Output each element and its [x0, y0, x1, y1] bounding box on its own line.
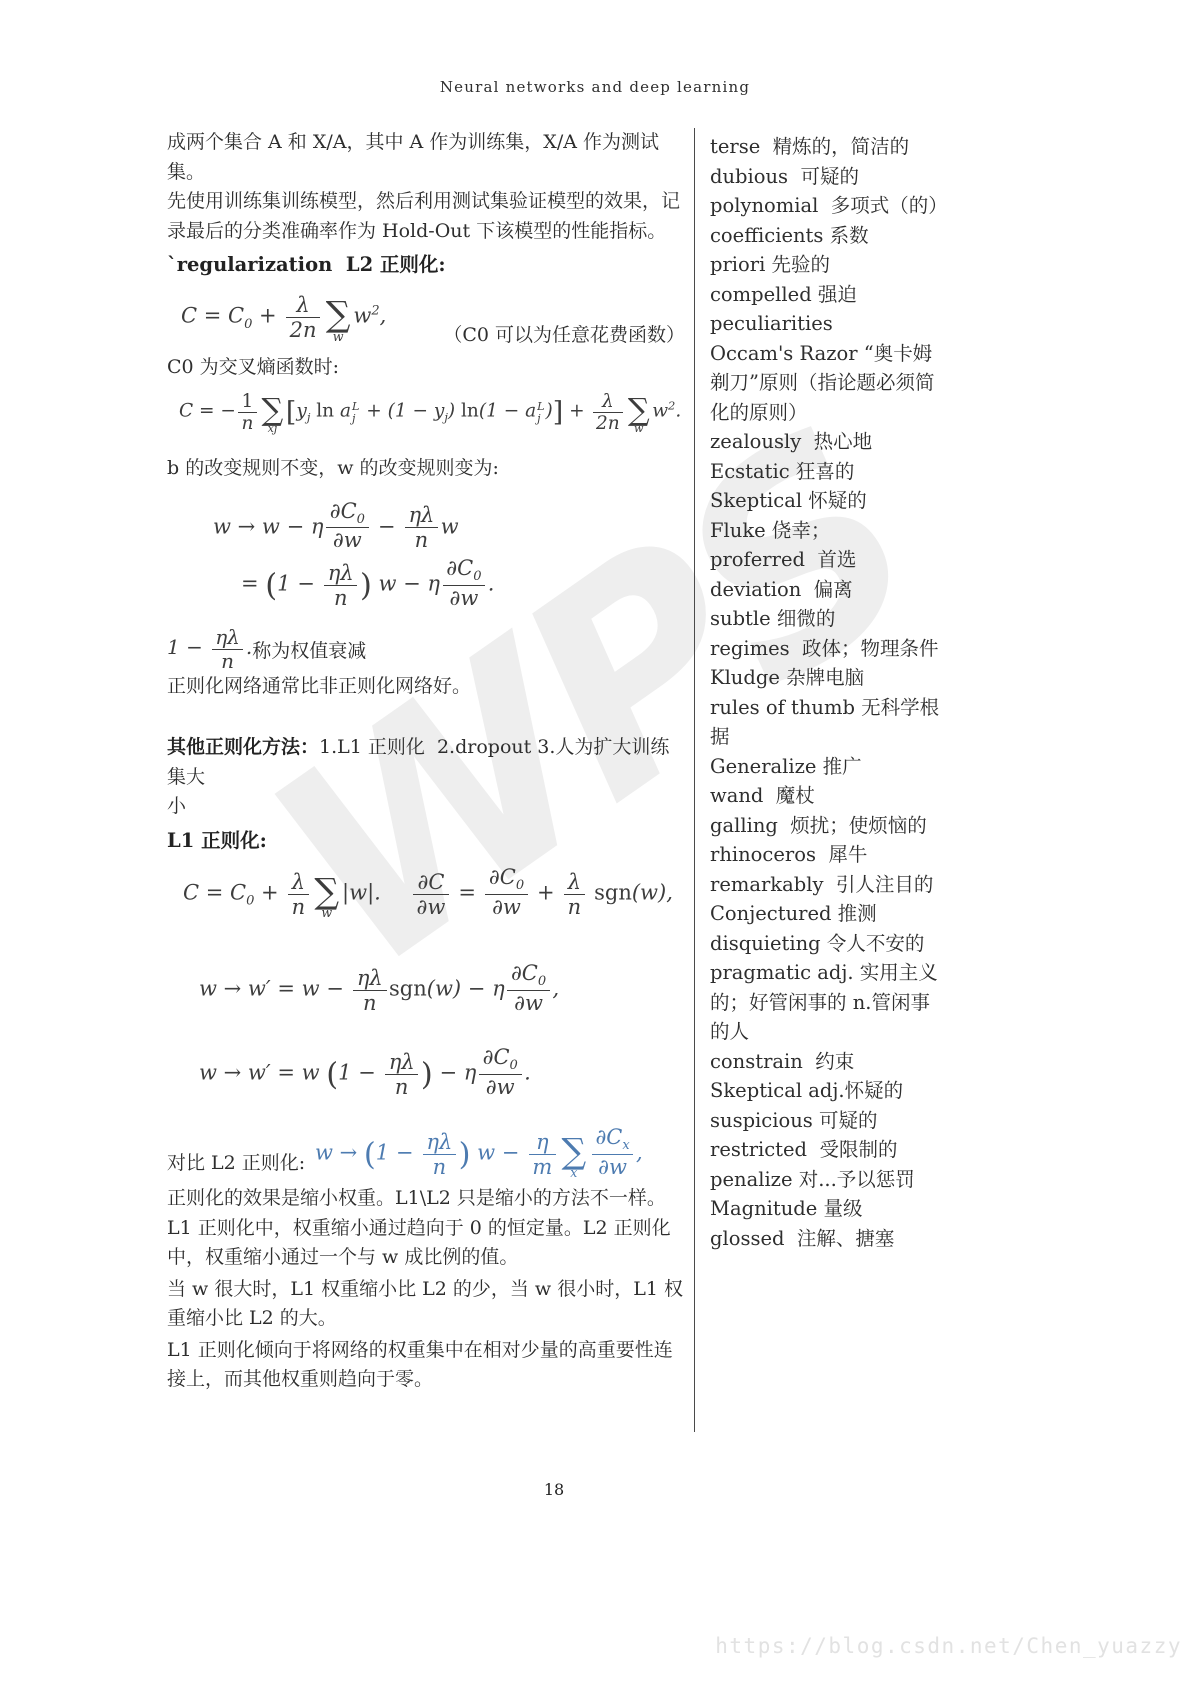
math-token: m — [532, 1155, 552, 1179]
vocab-item: regimes 政体；物理条件 — [710, 634, 948, 664]
math-token: ∂w — [507, 991, 550, 1014]
math-token: λ2n — [593, 392, 623, 434]
math-token: (w), — [632, 880, 673, 904]
math-token: Lj — [537, 401, 544, 424]
math-token: n — [395, 1075, 409, 1099]
page-number: 18 — [0, 1480, 1108, 1499]
math-token: 2n — [593, 413, 623, 433]
vocab-item: Kludge 杂牌电脑 — [710, 663, 948, 693]
paragraph-line: L1 正则化倾向于将网络的权重集中在相对少量的高重要性连 — [167, 1336, 687, 1366]
vocab-item: Ecstatic 狂喜的 — [710, 457, 948, 487]
label-update-rule: b 的改变规则不变，w 的改变规则变为: — [167, 454, 687, 484]
paragraph-line: 当 w 很大时，L1 权重缩小比 L2 的少，当 w 很小时，L1 权 — [167, 1275, 687, 1305]
math-token: ln — [461, 401, 479, 422]
paragraph-line: 正则化的效果是缩小权重。L1\L2 只是缩小的方法不一样。 — [167, 1184, 687, 1214]
math-token: j — [352, 413, 359, 425]
math-token: ηλ — [328, 561, 354, 585]
math-token: (w) − η — [427, 977, 505, 1001]
math-token: ∂C0∂w — [507, 962, 550, 1014]
main-column: 成两个集合 A 和 X/A，其中 A 作为训练集，X/A 作为测试集。 先使用训… — [167, 128, 687, 1395]
math-token: ∂Cx — [592, 1126, 634, 1155]
math-token: . — [675, 401, 681, 422]
math-token: λ — [568, 870, 581, 894]
math-token: ηλ — [215, 625, 240, 649]
paragraph-line: 先使用训练集训练模型，然后利用测试集验证模型的效果，记 — [167, 187, 687, 217]
math-token: . — [524, 1061, 531, 1085]
math-token: n — [324, 586, 357, 609]
math-token: n — [415, 528, 429, 552]
math-token: n — [564, 895, 585, 918]
vocab-item: subtle 细微的 — [710, 604, 948, 634]
math-token: ∂w — [443, 586, 486, 609]
math-token: ηλn — [405, 504, 438, 551]
math-token: j — [537, 413, 544, 425]
math-token: C = C — [181, 304, 244, 328]
math-token: η — [536, 1130, 549, 1154]
math-token: ηλ — [408, 503, 434, 527]
vocab-item: priori 先验的 — [710, 250, 948, 280]
regularized-better-line: 正则化网络通常比非正则化网络好。 — [167, 672, 687, 702]
math-token: , — [636, 1140, 643, 1164]
weight-decay-label: 称为权值衰减 — [252, 636, 366, 663]
math-token: ∂w — [449, 586, 478, 610]
formula-w-update-2: = (1 − ηλn) w − η∂C0∂w. — [241, 557, 687, 609]
math-token: C = C — [183, 880, 246, 904]
math-sup: 2 — [371, 304, 379, 319]
math-token: ∂C — [483, 1045, 510, 1069]
math-token: ( — [364, 1137, 376, 1172]
paragraph-line: 重缩小比 L2 的大。 — [167, 1304, 687, 1334]
vocab-item: remarkably 引人注目的 — [710, 870, 948, 900]
math-token: w − — [470, 1140, 526, 1164]
math-token: 1 — [242, 391, 254, 412]
vocab-item: suspicious 可疑的 — [710, 1106, 948, 1136]
math-token: 2n — [286, 318, 320, 341]
math-token: ηλ — [426, 1130, 452, 1154]
section-heading-l1: L1 正则化: — [167, 826, 687, 856]
math-token: a — [340, 401, 351, 422]
math-token: ) — [360, 569, 372, 604]
math-token: λn — [288, 871, 309, 918]
math-token: ηλ — [385, 1051, 418, 1075]
math-token: w → w − η — [213, 514, 323, 538]
paragraph-line: 接上，而其他权重则趋向于零。 — [167, 1365, 687, 1395]
math-token: ηλn — [212, 627, 244, 672]
math-token: − — [371, 514, 402, 538]
math-token: 2n — [290, 318, 317, 342]
formula-l2-compare: w → (1 − ηλn) w − ηm∑x∂Cx∂w, — [315, 1126, 643, 1178]
math-token: ∂C — [595, 1125, 622, 1149]
math-token: + — [563, 401, 590, 422]
math-token: ηλ — [212, 627, 244, 650]
vocab-item: polynomial 多项式（的） — [710, 191, 948, 221]
math-token: n — [433, 1155, 447, 1179]
other-methods-heading: 其他正则化方法： — [167, 736, 319, 758]
math-token: ∂C0 — [507, 962, 550, 991]
math-token: w → w′ = w — [199, 1061, 326, 1085]
math-token: ∂C0 — [326, 500, 369, 529]
math-token: , — [552, 977, 559, 1001]
vocab-item: Occam's Razor “奥卡姆剃刀”原则（指论题必须简化的原则） — [710, 339, 948, 428]
math-token: ηλn — [324, 562, 357, 609]
math-token: ηλ — [389, 1050, 415, 1074]
vocab-item: peculiarities — [710, 309, 948, 339]
math-token: ( — [265, 569, 277, 604]
vocab-item: Conjectured 推测 — [710, 899, 948, 929]
label-cross-entropy: C0 为交叉熵函数时: — [167, 353, 687, 383]
math-token: n — [288, 895, 309, 918]
math-token: , — [380, 304, 387, 328]
math-token: ∑ — [561, 1139, 586, 1167]
math-token: ∑w — [628, 399, 650, 434]
vocab-item: disquieting 令人不安的 — [710, 929, 948, 959]
math-token: ∑w — [326, 302, 351, 342]
math-token: ηλn — [423, 1131, 456, 1178]
math-token: ∂w — [592, 1155, 634, 1178]
math-sub: 0 — [357, 512, 365, 527]
math-token: C = − — [179, 401, 236, 422]
math-token: . — [246, 635, 252, 659]
math-token: 2n — [596, 413, 620, 434]
column-divider — [694, 128, 695, 1432]
math-token: λ — [292, 870, 305, 894]
math-token: ∂w — [492, 895, 521, 919]
math-token: ηλ — [405, 504, 438, 528]
vocab-column: terse 精炼的，简洁的dubious 可疑的polynomial 多项式（的… — [710, 132, 948, 1253]
math-sub: 0 — [516, 878, 524, 893]
math-token: λ — [296, 293, 309, 317]
math-token: ∂C0∂w — [485, 866, 528, 918]
page-header-title: Neural networks and deep learning — [0, 78, 1190, 96]
math-token: n — [405, 528, 438, 551]
other-methods-wrap: 小 — [167, 792, 687, 822]
math-sub: 0 — [510, 1058, 518, 1073]
vocab-item: rules of thumb 无科学根据 — [710, 693, 948, 752]
math-token: w → — [315, 1140, 364, 1164]
math-token: λ — [286, 294, 320, 318]
section-heading-l2: `regularization L2 正则化: — [167, 250, 687, 280]
math-token: λn — [564, 871, 585, 918]
math-token: ∑xj — [262, 399, 284, 434]
math-token: y — [296, 401, 306, 422]
math-token: |w|. — [342, 880, 381, 904]
math-token: ηλn — [353, 967, 386, 1014]
math-token: ∂C0 — [479, 1046, 522, 1075]
math-token: + — [252, 304, 283, 328]
math-token: ∂w — [486, 1075, 515, 1099]
math-sub: 0 — [473, 570, 481, 585]
vocab-item: deviation 偏离 — [710, 575, 948, 605]
math-token: λ — [288, 871, 309, 895]
vocab-item: Skeptical 怀疑的 — [710, 486, 948, 516]
formula-w-update-1: w → w − η∂C0∂w − ηλnw — [213, 500, 687, 552]
math-token: ∂w — [413, 895, 449, 918]
math-token: n — [241, 413, 253, 434]
math-token: n — [363, 991, 377, 1015]
math-token: ∑w — [314, 879, 339, 919]
math-token: ∂w — [326, 528, 369, 551]
math-token: ∂C — [413, 871, 449, 895]
weight-decay-row: 1 − ηλn. 称为权值衰减 — [167, 627, 687, 672]
math-token: ( — [326, 1057, 338, 1092]
math-token: = — [241, 572, 265, 596]
math-token: n — [423, 1155, 456, 1178]
math-token: + — [530, 880, 561, 904]
math-token: m — [529, 1155, 556, 1178]
math-token: ∂C∂w — [413, 871, 449, 918]
compare-label: 对比 L2 正则化: — [167, 1149, 315, 1179]
formula-l2-cost: C = C0 + λ2n∑ww2, — [181, 294, 687, 342]
math-token: ∂C0∂w — [479, 1046, 522, 1098]
math-token: ∑ — [628, 399, 650, 423]
math-token: ln — [310, 401, 340, 422]
math-token: sgn — [389, 977, 427, 1001]
vocab-item: wand 魔杖 — [710, 781, 948, 811]
formula-cross-entropy: C = −1n∑xj[yj ln aLj + (1 − yj) ln(1 − a… — [179, 392, 687, 434]
math-token: w — [652, 401, 668, 422]
math-token: w − η — [372, 572, 440, 596]
math-token: ) — [421, 1057, 433, 1092]
math-token: ηλ — [423, 1131, 456, 1155]
math-token: ηλ — [357, 966, 383, 990]
math-token: n — [353, 991, 386, 1014]
math-token: n — [385, 1075, 418, 1098]
math-token: ∂C0∂w — [326, 500, 369, 552]
math-token: ) — [448, 401, 461, 422]
math-token: ∂w — [479, 1075, 522, 1098]
math-token: ∂C — [511, 961, 538, 985]
math-token: λ — [593, 392, 623, 413]
math-token: Lj — [352, 401, 359, 424]
math-token: λ — [564, 871, 585, 895]
math-token: ∂C — [446, 556, 473, 580]
vocab-item: restricted 受限制的 — [710, 1135, 948, 1165]
math-token: 1 − — [277, 572, 321, 596]
url-watermark: https://blog.csdn.net/Chen_yuazzy — [715, 1634, 1182, 1658]
formula-l1-update-factored: w → w′ = w (1 − ηλn) − η∂C0∂w. — [199, 1046, 687, 1098]
math-token: − η — [433, 1061, 477, 1085]
math-token: ηλ — [324, 562, 357, 586]
math-token: n — [568, 895, 582, 919]
math-token: ∂Cx∂w — [592, 1126, 634, 1178]
math-token: ηm — [529, 1131, 556, 1178]
math-token: ∂C0 — [485, 866, 528, 895]
vocab-item: Skeptical adj.怀疑的 — [710, 1076, 948, 1106]
math-token: n — [238, 413, 257, 433]
math-token: 1 − — [338, 1061, 382, 1085]
math-token: ∂C — [417, 870, 444, 894]
vocab-item: terse 精炼的，简洁的 — [710, 132, 948, 162]
math-token: η — [529, 1131, 556, 1155]
math-token: n — [292, 895, 306, 919]
vocab-item: Generalize 推广 — [710, 752, 948, 782]
math-token: w → w′ = w − — [199, 977, 351, 1001]
math-token: 1n — [238, 392, 257, 434]
math-token: ] — [553, 397, 563, 428]
math-token: ∑ — [326, 302, 351, 330]
math-token: ηλn — [385, 1051, 418, 1098]
math-token: ∂C0∂w — [443, 557, 486, 609]
math-token: n — [212, 650, 244, 672]
math-token: ∂w — [333, 528, 362, 552]
paragraph-line: 成两个集合 A 和 X/A，其中 A 作为训练集，X/A 作为测试集。 — [167, 128, 687, 187]
math-token: + — [254, 880, 285, 904]
math-token: ∂C — [330, 499, 357, 523]
math-token: ∂C0 — [443, 557, 486, 586]
math-token: n — [334, 586, 348, 610]
math-token: 1 − — [376, 1140, 420, 1164]
formula-l1-cost: C = C0 + λn∑w|w|.∂C∂w = ∂C0∂w + λn sgn(w… — [183, 866, 687, 918]
math-token: w — [441, 514, 459, 538]
math-token: ∑ — [314, 879, 339, 907]
vocab-item: pragmatic adj. 实用主义的；好管闲事的 n.管闲事的人 — [710, 958, 948, 1047]
math-token: ∂w — [598, 1155, 627, 1179]
math-token: ∂C — [489, 865, 516, 889]
vocab-item: galling 烦扰；使烦恼的 — [710, 811, 948, 841]
math-token: ) — [459, 1137, 471, 1172]
math-token: ∂w — [485, 895, 528, 918]
vocab-item: coefficients 系数 — [710, 221, 948, 251]
vocab-item: penalize 对...予以惩罚 — [710, 1165, 948, 1195]
paragraph-line: L1 正则化中，权重缩小通过趋向于 0 的恒定量。L2 正则化 — [167, 1214, 687, 1244]
math-token: ∑ — [262, 399, 284, 423]
math-token: . — [488, 572, 495, 596]
math-token: (1 − a — [479, 401, 536, 422]
math-token: [ — [286, 397, 296, 428]
vocab-item: rhinoceros 犀牛 — [710, 840, 948, 870]
math-token: + (1 − y — [360, 401, 444, 422]
math-token: λ — [602, 391, 614, 412]
math-token: w — [353, 304, 371, 328]
paragraph-line: 中，权重缩小通过一个与 w 成比例的值。 — [167, 1243, 687, 1273]
math-token: ∂w — [417, 895, 446, 919]
math-token: 1 — [238, 392, 257, 413]
math-token: sgn — [587, 880, 631, 904]
paragraph-line: 录最后的分类准确率作为 Hold-Out 下该模型的性能指标。 — [167, 217, 687, 247]
other-methods-line: 其他正则化方法：1.L1 正则化 2.dropout 3.人为扩大训练集大 — [167, 733, 687, 792]
vocab-item: Magnitude 量级 — [710, 1194, 948, 1224]
vocab-item: proferred 首选 — [710, 545, 948, 575]
compare-row: 对比 L2 正则化: w → (1 − ηλn) w − ηm∑x∂Cx∂w, — [167, 1126, 687, 1178]
vocab-item: constrain 约束 — [710, 1047, 948, 1077]
document-page: WPS Neural networks and deep learning 成两… — [0, 0, 1190, 1683]
math-token: λ2n — [286, 294, 320, 341]
math-token: 1 − — [167, 635, 209, 659]
math-token: ) — [546, 401, 553, 422]
math-sub: x — [622, 1138, 629, 1153]
math-token: ηλ — [353, 967, 386, 991]
formula-weight-decay: 1 − ηλn. — [167, 627, 252, 672]
math-token: ∂w — [514, 991, 543, 1015]
math-sub: 0 — [538, 975, 546, 990]
vocab-item: compelled 强迫 — [710, 280, 948, 310]
vocab-item: dubious 可疑的 — [710, 162, 948, 192]
math-token: n — [221, 649, 234, 673]
formula-l1-update: w → w′ = w − ηλnsgn(w) − η∂C0∂w, — [199, 962, 687, 1014]
vocab-item: Fluke 侥幸； — [710, 516, 948, 546]
vocab-item: glossed 注解、搪塞 — [710, 1224, 948, 1254]
math-token: = — [452, 880, 483, 904]
vocab-item: zealously 热心地 — [710, 427, 948, 457]
math-token: ∑x — [561, 1139, 586, 1179]
